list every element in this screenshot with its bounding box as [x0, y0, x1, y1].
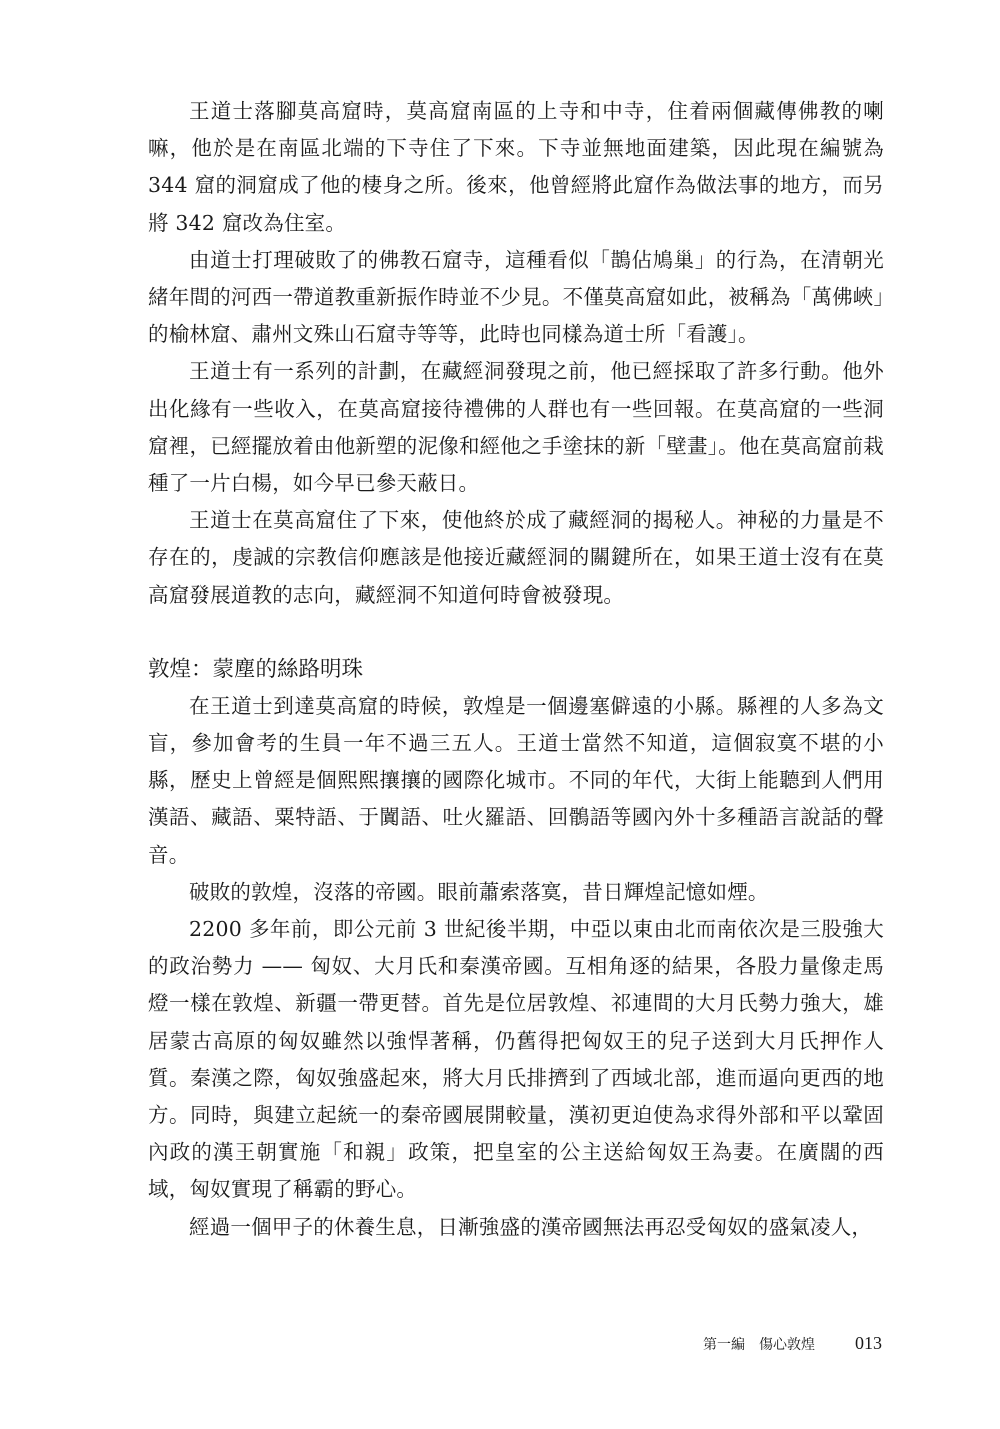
- paragraph: 王道士在莫高窟住了下來，使他終於成了藏經洞的揭秘人。神秘的力量是不存在的，虔誠的…: [148, 502, 884, 614]
- page-footer: 第一編 傷心敦煌 013: [703, 1333, 882, 1354]
- paragraph: 經過一個甲子的休養生息，日漸強盛的漢帝國無法再忍受匈奴的盛氣凌人，: [148, 1209, 884, 1246]
- page-number: 013: [855, 1333, 882, 1354]
- paragraph: 破敗的敦煌，沒落的帝國。眼前蕭索落寞，昔日輝煌記憶如煙。: [148, 874, 884, 911]
- footer-part-label: 第一編: [703, 1334, 745, 1354]
- footer-chapter-label: 傷心敦煌: [759, 1334, 815, 1354]
- section-heading: 敦煌：蒙塵的絲路明珠: [148, 652, 884, 688]
- paragraph: 王道士有一系列的計劃，在藏經洞發現之前，他已經採取了許多行動。他外出化緣有一些收…: [148, 353, 884, 502]
- paragraph: 在王道士到達莫高窟的時候，敦煌是一個邊塞僻遠的小縣。縣裡的人多為文盲，參加會考的…: [148, 688, 884, 874]
- paragraph: 由道士打理破敗了的佛教石窟寺，這種看似「鵲佔鳩巢」的行為，在清朝光緒年間的河西一…: [148, 242, 884, 354]
- paragraph: 2200 多年前，即公元前 3 世紀後半期，中亞以東由北而南依次是三股強大的政治…: [148, 911, 884, 1209]
- paragraph: 王道士落腳莫高窟時，莫高窟南區的上寺和中寺，住着兩個藏傳佛教的喇嘛，他於是在南區…: [148, 93, 884, 242]
- page-body: 王道士落腳莫高窟時，莫高窟南區的上寺和中寺，住着兩個藏傳佛教的喇嘛，他於是在南區…: [148, 93, 884, 1246]
